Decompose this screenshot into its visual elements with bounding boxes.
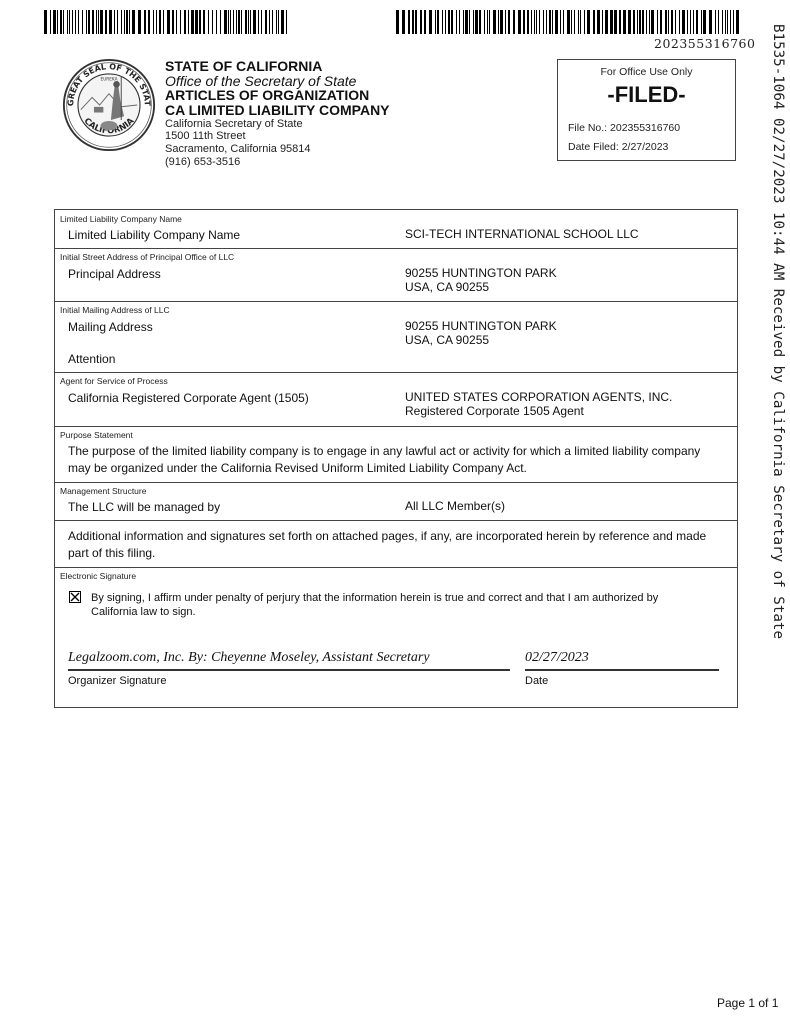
address-line: USA, CA 90255 <box>405 334 557 348</box>
sos-address-line: California Secretary of State <box>165 118 390 131</box>
sos-address-line: 1500 11th Street <box>165 130 390 143</box>
office-use-box: For Office Use Only -FILED- File No.: 20… <box>557 59 736 161</box>
date-filed: Date Filed: 2/27/2023 <box>568 141 668 153</box>
signature-label: Organizer Signature <box>68 675 166 687</box>
barcode-left <box>44 10 292 34</box>
filed-status: -FILED- <box>558 82 735 108</box>
organizer-signature: Legalzoom.com, Inc. By: Cheyenne Moseley… <box>68 650 510 671</box>
agent-value: UNITED STATES CORPORATION AGENTS, INC. R… <box>405 391 672 419</box>
section-purpose: Purpose Statement The purpose of the lim… <box>55 426 737 483</box>
barcode-right <box>396 10 744 34</box>
file-number: File No.: 202355316760 <box>568 122 680 134</box>
articles-form: Limited Liability Company Name Limited L… <box>54 209 738 708</box>
address-line: 90255 HUNTINGTON PARK <box>405 267 557 281</box>
section-company-name: Limited Liability Company Name Limited L… <box>55 210 737 249</box>
field-label: Mailing Address <box>68 320 153 334</box>
check-x-icon <box>70 592 80 602</box>
section-caption: Management Structure <box>60 486 146 496</box>
section-caption: Purpose Statement <box>60 430 133 440</box>
management-value: All LLC Member(s) <box>405 500 505 514</box>
section-caption: Agent for Service of Process <box>60 376 168 386</box>
page-number: Page 1 of 1 <box>717 996 778 1010</box>
field-label: California Registered Corporate Agent (1… <box>68 391 309 405</box>
purpose-text: The purpose of the limited liability com… <box>68 443 723 476</box>
agent-type: Registered Corporate 1505 Agent <box>405 405 672 419</box>
svg-text:EUREKA: EUREKA <box>101 77 118 82</box>
state-seal-icon: THE GREAT SEAL OF THE STATE OF CALIFORNI… <box>62 58 156 152</box>
mailing-address-value: 90255 HUNTINGTON PARK USA, CA 90255 <box>405 320 557 348</box>
attention-label: Attention <box>68 352 115 366</box>
section-caption: Initial Street Address of Principal Offi… <box>60 252 234 262</box>
additional-info-text: Additional information and signatures se… <box>68 528 723 561</box>
affirm-checkbox[interactable] <box>69 591 81 603</box>
field-label: The LLC will be managed by <box>68 500 220 514</box>
field-label: Limited Liability Company Name <box>68 228 240 242</box>
section-management: Management Structure The LLC will be man… <box>55 482 737 521</box>
section-caption: Electronic Signature <box>60 571 136 581</box>
address-line: USA, CA 90255 <box>405 281 557 295</box>
date-label: Date <box>525 675 548 687</box>
section-principal-address: Initial Street Address of Principal Offi… <box>55 248 737 302</box>
section-additional-info: Additional information and signatures se… <box>55 520 737 568</box>
document-header: STATE OF CALIFORNIA Office of the Secret… <box>165 59 390 168</box>
section-caption: Initial Mailing Address of LLC <box>60 305 170 315</box>
office-use-label: For Office Use Only <box>558 66 735 78</box>
principal-address-value: 90255 HUNTINGTON PARK USA, CA 90255 <box>405 267 557 295</box>
field-label: Principal Address <box>68 267 161 281</box>
state-name: STATE OF CALIFORNIA <box>165 59 390 74</box>
doc-title-line2: CA LIMITED LIABILITY COMPANY <box>165 103 390 118</box>
company-name-value: SCI-TECH INTERNATIONAL SCHOOL LLC <box>405 228 639 242</box>
barcode-number: 202355316760 <box>654 36 755 51</box>
address-line: 90255 HUNTINGTON PARK <box>405 320 557 334</box>
section-agent: Agent for Service of Process California … <box>55 372 737 427</box>
section-mailing-address: Initial Mailing Address of LLC Mailing A… <box>55 301 737 373</box>
received-stamp: B1535-1064 02/27/2023 10:44 AM Received … <box>770 24 786 639</box>
affirm-text: By signing, I affirm under penalty of pe… <box>91 591 707 620</box>
sos-address-line: Sacramento, California 95814 <box>165 143 390 156</box>
agent-name: UNITED STATES CORPORATION AGENTS, INC. <box>405 391 672 405</box>
section-caption: Limited Liability Company Name <box>60 214 182 224</box>
signature-date: 02/27/2023 <box>525 650 719 671</box>
office-name: Office of the Secretary of State <box>165 74 390 89</box>
doc-title-line1: ARTICLES OF ORGANIZATION <box>165 88 390 103</box>
sos-phone: (916) 653-3516 <box>165 156 390 169</box>
section-signature: Electronic Signature By signing, I affir… <box>55 567 737 707</box>
